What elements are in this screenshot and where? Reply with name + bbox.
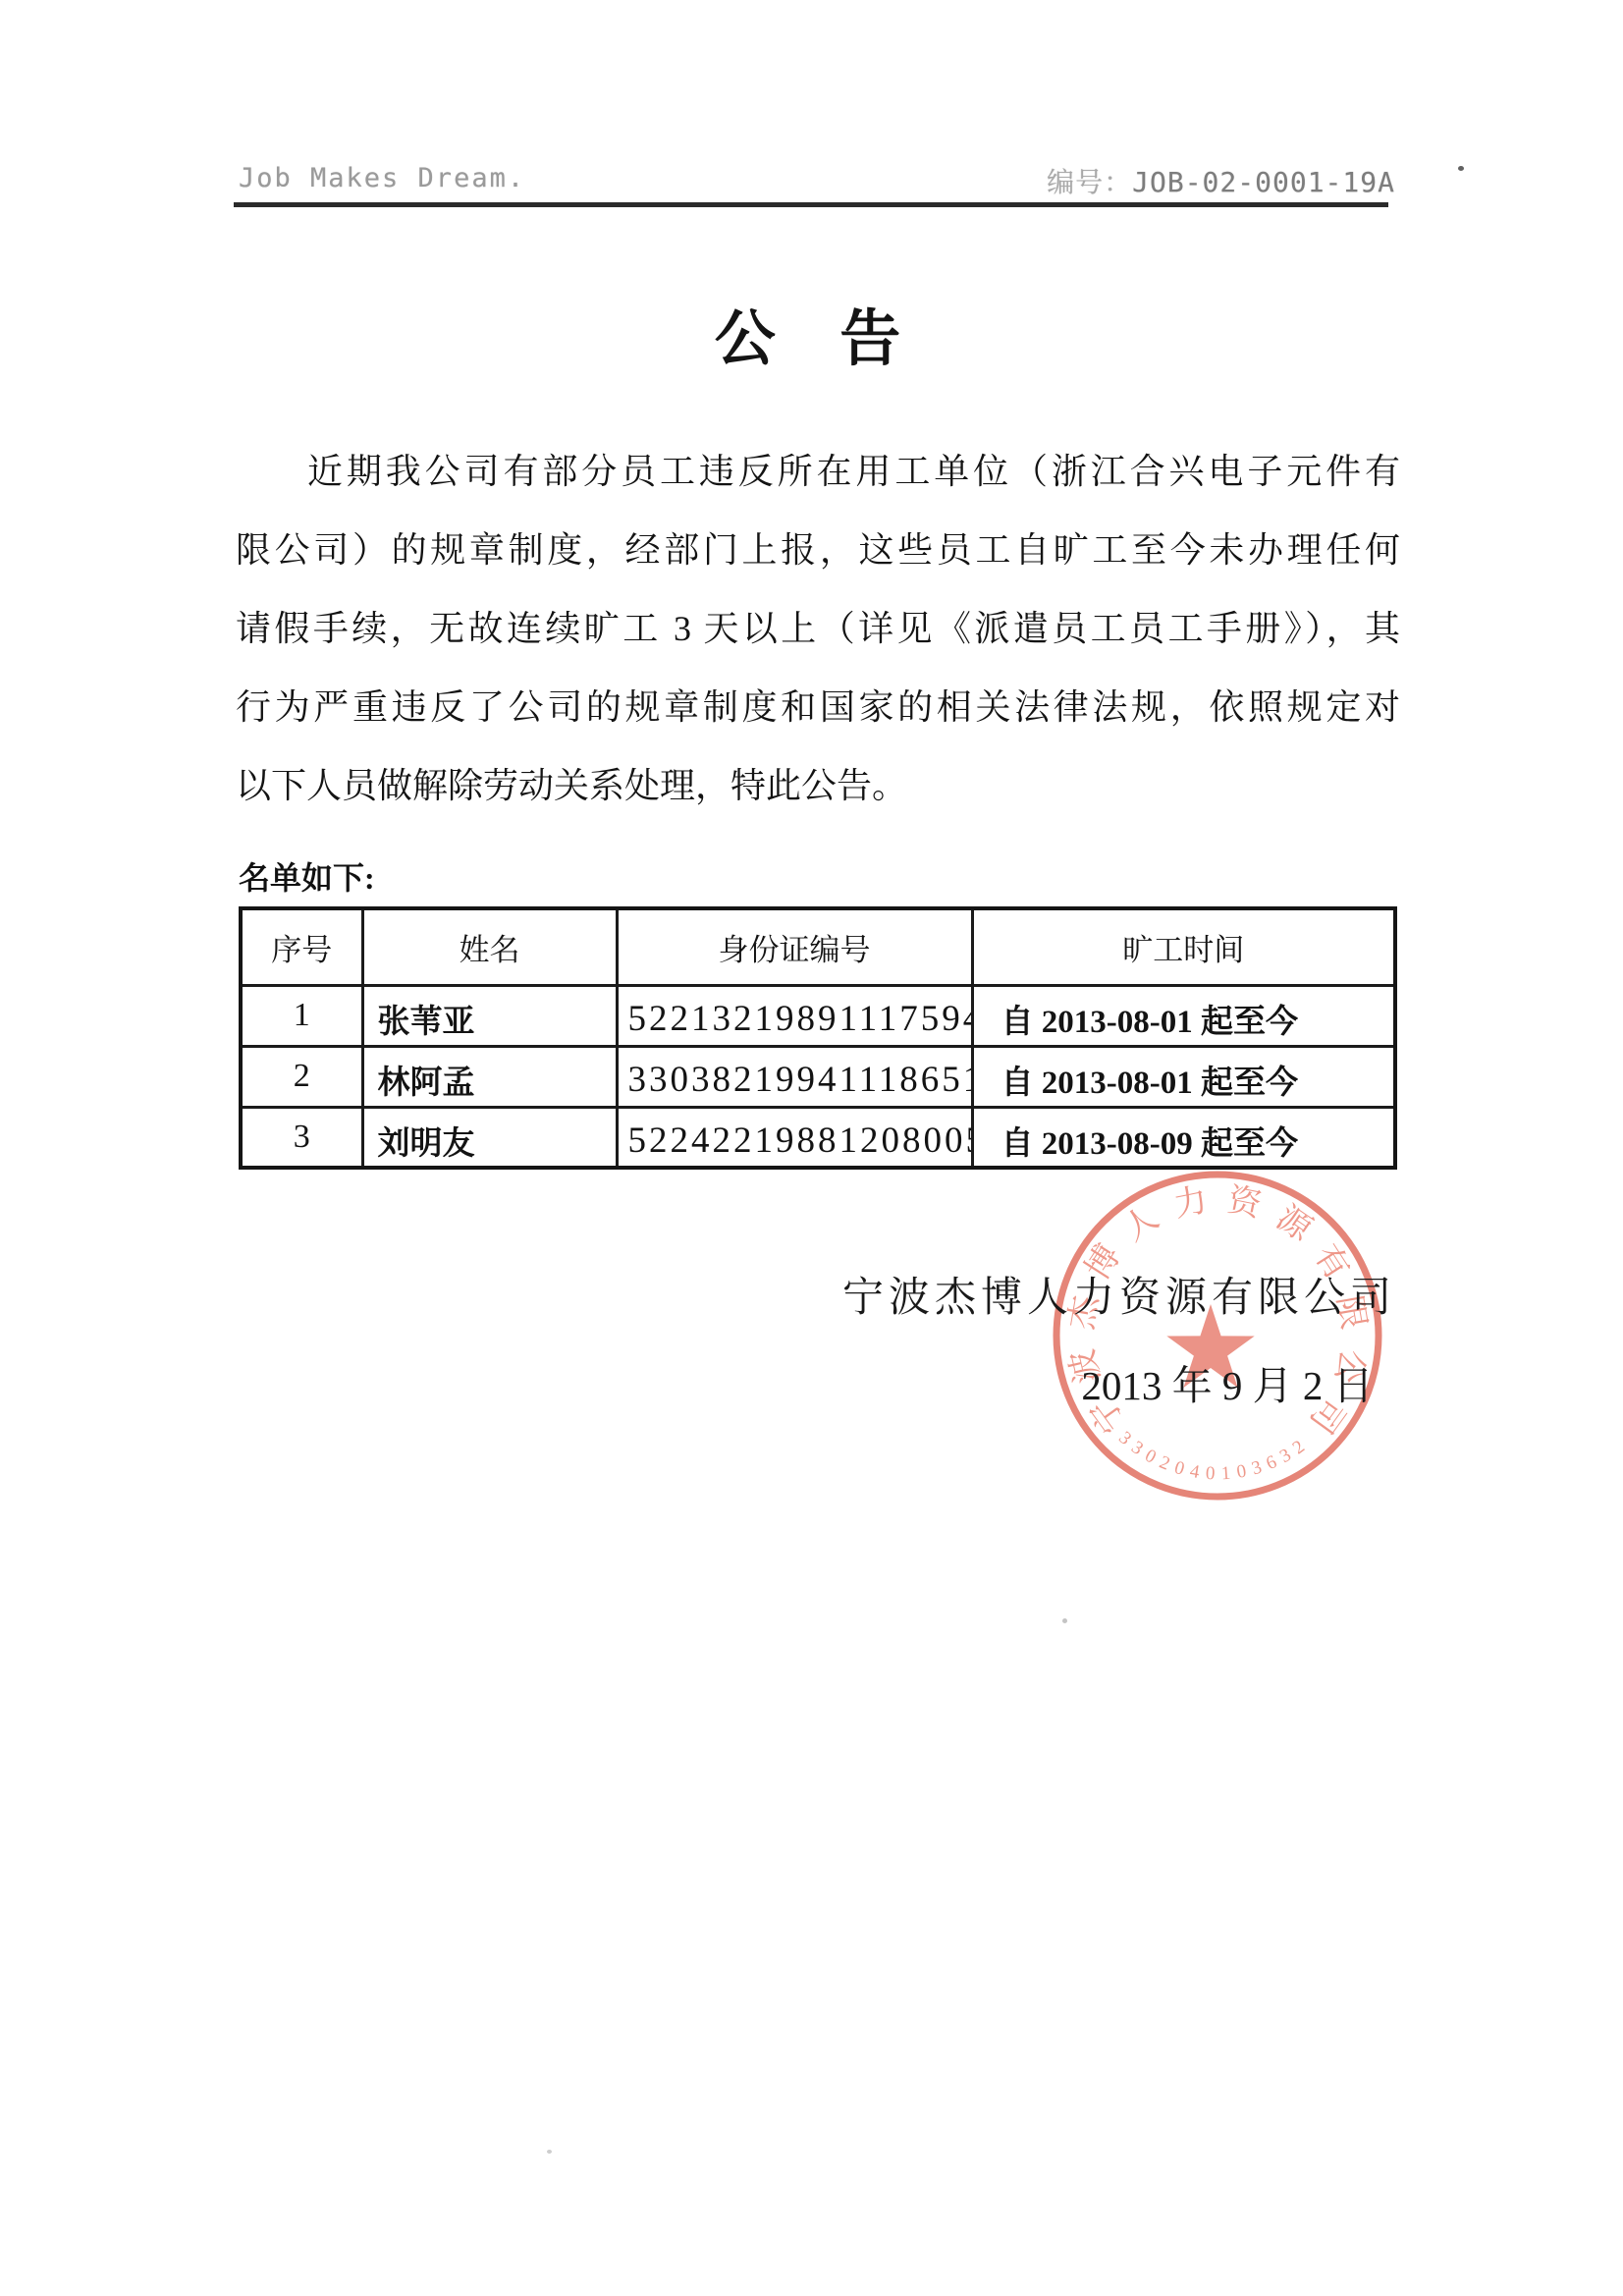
seal-character: 0 bbox=[1205, 1463, 1216, 1484]
cell-id: 522132198911175941 bbox=[617, 985, 972, 1046]
col-header-name: 姓名 bbox=[362, 908, 617, 985]
body-paragraph: 近期我公司有部分员工违反所在用工单位（浙江合兴电子元件有 限公司）的规章制度，经… bbox=[236, 432, 1400, 825]
scan-speck bbox=[1062, 1618, 1067, 1623]
scan-speck bbox=[1458, 166, 1464, 171]
seal-character: 3 bbox=[1276, 1445, 1295, 1467]
paragraph-line: 以下人员做解除劳动关系处理，特此公告。 bbox=[236, 746, 1400, 825]
seal-character: 4 bbox=[1188, 1461, 1201, 1483]
seal-character: 6 bbox=[1264, 1451, 1280, 1474]
cell-id: 330382199411186515 bbox=[617, 1046, 972, 1107]
cell-index: 2 bbox=[241, 1046, 362, 1107]
seal-character: 0 bbox=[1235, 1461, 1248, 1483]
cell-name: 刘明友 bbox=[362, 1107, 617, 1168]
cell-period: 自 2013-08-01 起至今 bbox=[972, 985, 1395, 1046]
cell-period: 自 2013-08-09 起至今 bbox=[972, 1107, 1395, 1168]
signature-company: 宁波杰博人力资源有限公司 bbox=[842, 1265, 1396, 1324]
table-row: 1 张苇亚 522132198911175941 自 2013-08-01 起至… bbox=[241, 985, 1395, 1046]
seal-character: 1 bbox=[1220, 1463, 1231, 1485]
cell-period: 自 2013-08-01 起至今 bbox=[972, 1046, 1395, 1107]
table-row: 3 刘明友 522422198812080051 自 2013-08-09 起至… bbox=[241, 1107, 1395, 1168]
table-row: 2 林阿孟 330382199411186515 自 2013-08-01 起至… bbox=[241, 1046, 1395, 1107]
header-divider bbox=[234, 202, 1388, 207]
cell-id: 522422198812080051 bbox=[617, 1107, 972, 1168]
cell-index: 1 bbox=[241, 985, 362, 1046]
doc-number-value: JOB-02-0001-19A bbox=[1132, 166, 1395, 198]
paragraph-line: 限公司）的规章制度，经部门上报，这些员工自旷工至今未办理任何 bbox=[236, 511, 1400, 589]
announcement-document: Job Makes Dream. 编号：JOB-02-0001-19A 公 告 … bbox=[0, 0, 1623, 2296]
scan-speck bbox=[547, 2150, 552, 2154]
header-doc-number: 编号：JOB-02-0001-19A bbox=[1047, 161, 1395, 200]
seal-character: 资 bbox=[1224, 1181, 1266, 1225]
page-title: 公 告 bbox=[0, 290, 1623, 377]
seal-character: 2 bbox=[1157, 1452, 1173, 1475]
col-header-period: 旷工时间 bbox=[972, 908, 1395, 985]
paragraph-line: 行为严重违反了公司的规章制度和国家的相关法律法规，依照规定对 bbox=[236, 668, 1400, 746]
seal-character: 0 bbox=[1172, 1457, 1187, 1480]
paragraph-line: 近期我公司有部分员工违反所在用工单位（浙江合兴电子元件有 bbox=[236, 432, 1400, 511]
cell-name: 张苇亚 bbox=[362, 985, 617, 1046]
header-slogan: Job Makes Dream. bbox=[239, 163, 525, 193]
seal-character: 3 bbox=[1127, 1437, 1147, 1459]
cell-name: 林阿孟 bbox=[362, 1046, 617, 1107]
col-header-id: 身份证编号 bbox=[617, 908, 972, 985]
company-seal-stamp: 宁波杰博人力资源有限公司3302040103632 bbox=[1050, 1168, 1385, 1503]
col-header-index: 序号 bbox=[241, 908, 362, 985]
dismissal-table: 序号 姓名 身份证编号 旷工时间 1 张苇亚 52213219891117594… bbox=[239, 906, 1397, 1170]
signature-date: 2013 年 9 月 2 日 bbox=[1065, 1353, 1389, 1411]
paragraph-line: 请假手续，无故连续旷工 3 天以上（详见《派遣员工员工手册》），其 bbox=[236, 589, 1400, 668]
seal-character: 力 bbox=[1170, 1181, 1211, 1225]
seal-character: 0 bbox=[1141, 1446, 1159, 1468]
list-label: 名单如下: bbox=[239, 853, 375, 899]
seal-character: 3 bbox=[1249, 1457, 1264, 1480]
seal-character: 2 bbox=[1289, 1437, 1309, 1459]
table-header-row: 序号 姓名 身份证编号 旷工时间 bbox=[241, 908, 1395, 985]
doc-number-label: 编号： bbox=[1047, 166, 1132, 198]
cell-index: 3 bbox=[241, 1107, 362, 1168]
